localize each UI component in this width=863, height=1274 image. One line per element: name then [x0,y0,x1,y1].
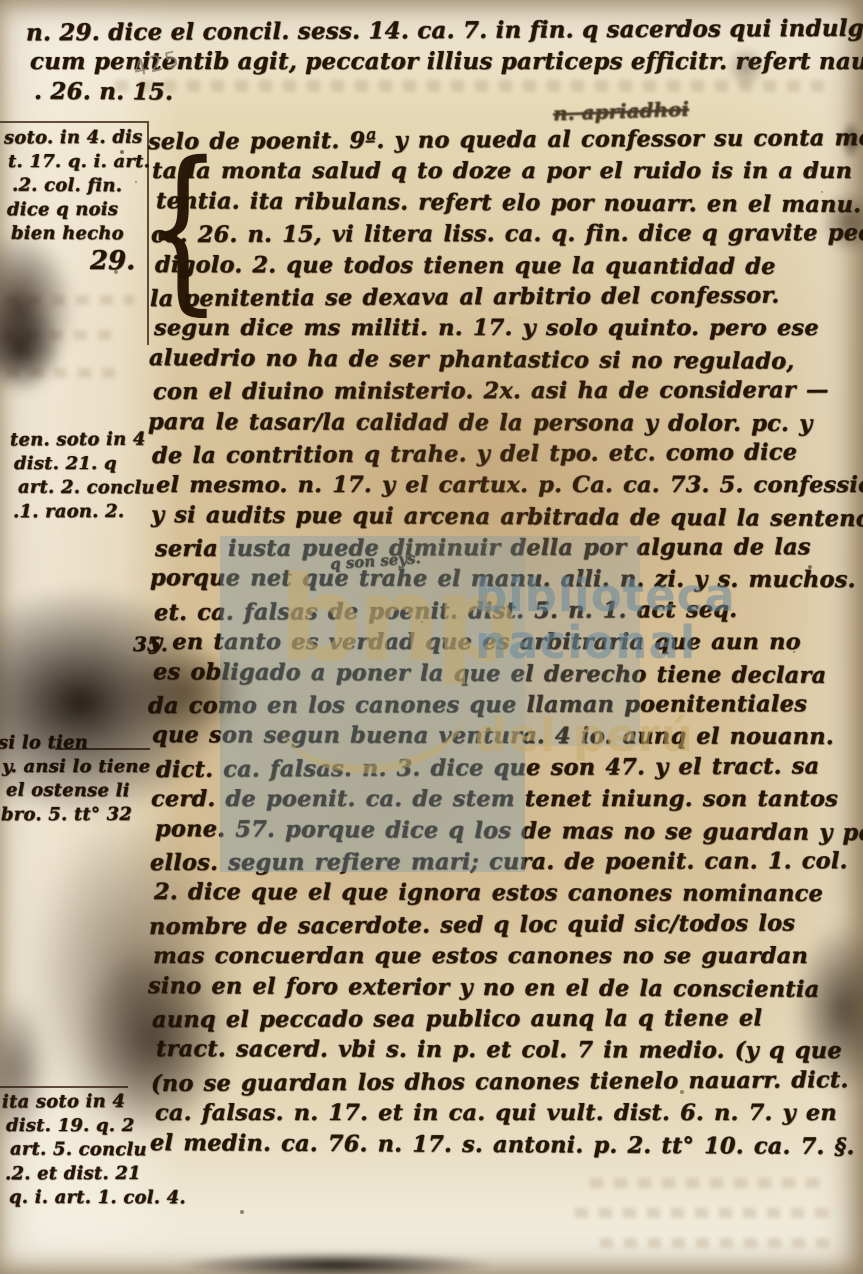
manuscript-line: (no se guardan los dhos canones tienelo … [151,1065,863,1100]
margin-rule-top [0,121,147,123]
showthrough-streak [575,1208,835,1218]
manuscript-line: digolo. 2. que todos tienen que la quant… [155,250,863,283]
margin-note-line: .2. col. fin. [12,174,150,199]
manuscript-line: cerd. de poenit. ca. de stem tenet iniun… [151,784,863,815]
manuscript-line: mas concuerdan que estos canones no se g… [153,941,863,972]
manuscript-line: es obligado a poner la que el derecho ti… [153,657,863,692]
showthrough-streak [590,1178,830,1188]
manuscript-line: ta la monta salud q to doze a por el rui… [152,156,863,187]
margin-note-line: dice q nois [7,198,150,222]
header-note-line: n. 29. dice el concil. sess. 14. ca. 7. … [26,12,860,48]
ink-stain [120,645,250,740]
manuscript-line: tentia. ita ribulans. refert elo por nou… [156,186,863,221]
foxing-blotch [290,320,710,620]
manuscript-line: 2. dice que el que ignora estos canones … [154,877,863,910]
manuscript-line: y en tanto es verdad que es arbitraria q… [149,627,863,658]
margin-note-line: .2. et dist. 21 [5,1162,186,1187]
margin-note-line: .1. raon. 2. [13,500,155,524]
manuscript-line: el medin. ca. 76. n. 17. s. antoni. p. 2… [150,1128,863,1163]
manuscript-line: la penitentia se dexava al arbitrio del … [150,280,863,315]
struck-word: n. apriadhoi [553,97,690,126]
ink-specks [120,150,124,154]
margin-note-line: t. 17. q. i. art. [8,150,150,174]
margin-note-line: dist. 21. q [14,452,155,476]
bottom-edge-stain [176,1252,494,1274]
ink-smudge [75,945,230,1135]
manuscript-line: ca. 26. n. 15, vi litera liss. ca. q. fi… [151,218,863,251]
paragraph-marker-29: 29. [90,246,135,276]
manuscript-line: sino en el foro exterior y no en el de l… [148,971,863,1006]
ink-stain [840,120,862,160]
margin-note-1: soto. in 4. dist. 17. q. i. art..2. col.… [8,126,150,246]
manuscript-line: nombre de sacerdote. sed q loc quid sic/… [149,908,863,943]
manuscript-line: que son segun buena ventura. 4 io. aunq … [152,720,863,753]
margin-note-line: ten. soto in 4 [10,428,155,453]
margin-note-line: soto. in 4. dis [4,126,150,151]
manuscript-line: ellos. segun refiere mari; cura. de poen… [150,846,863,879]
manuscript-line: aunq el peccado sea publico aunq la q ti… [152,1003,863,1036]
margin-note-line: q. i. art. 1. col. 4. [9,1186,186,1210]
manuscript-line: ca. falsas. n. 17. et in ca. qui vult. d… [155,1098,863,1129]
manuscript-line: dict. ca. falsas. n. 3. dice que son 47.… [156,751,863,786]
manuscript-line: selo de poenit. 9ª. y no queda al confes… [148,123,863,158]
manuscript-page: n. 29. dice el concil. sess. 14. ca. 7. … [0,0,863,1274]
ink-stain [727,46,765,88]
margin-note-line: art. 2. conclu [18,476,155,501]
manuscript-line: pone. 57. porque dice q los de mas no se… [155,814,863,849]
manuscript-line: da como en los canones que llaman poenit… [148,689,863,722]
manuscript-line: tract. sacerd. vbi s. in p. et col. 7 in… [156,1034,863,1067]
main-text-block: selo de poenit. 9ª. y no queda al confes… [152,125,863,1161]
margin-note-2: ten. soto in 4dist. 21. qart. 2. conclu.… [14,428,155,524]
showthrough-streak [600,1238,830,1248]
